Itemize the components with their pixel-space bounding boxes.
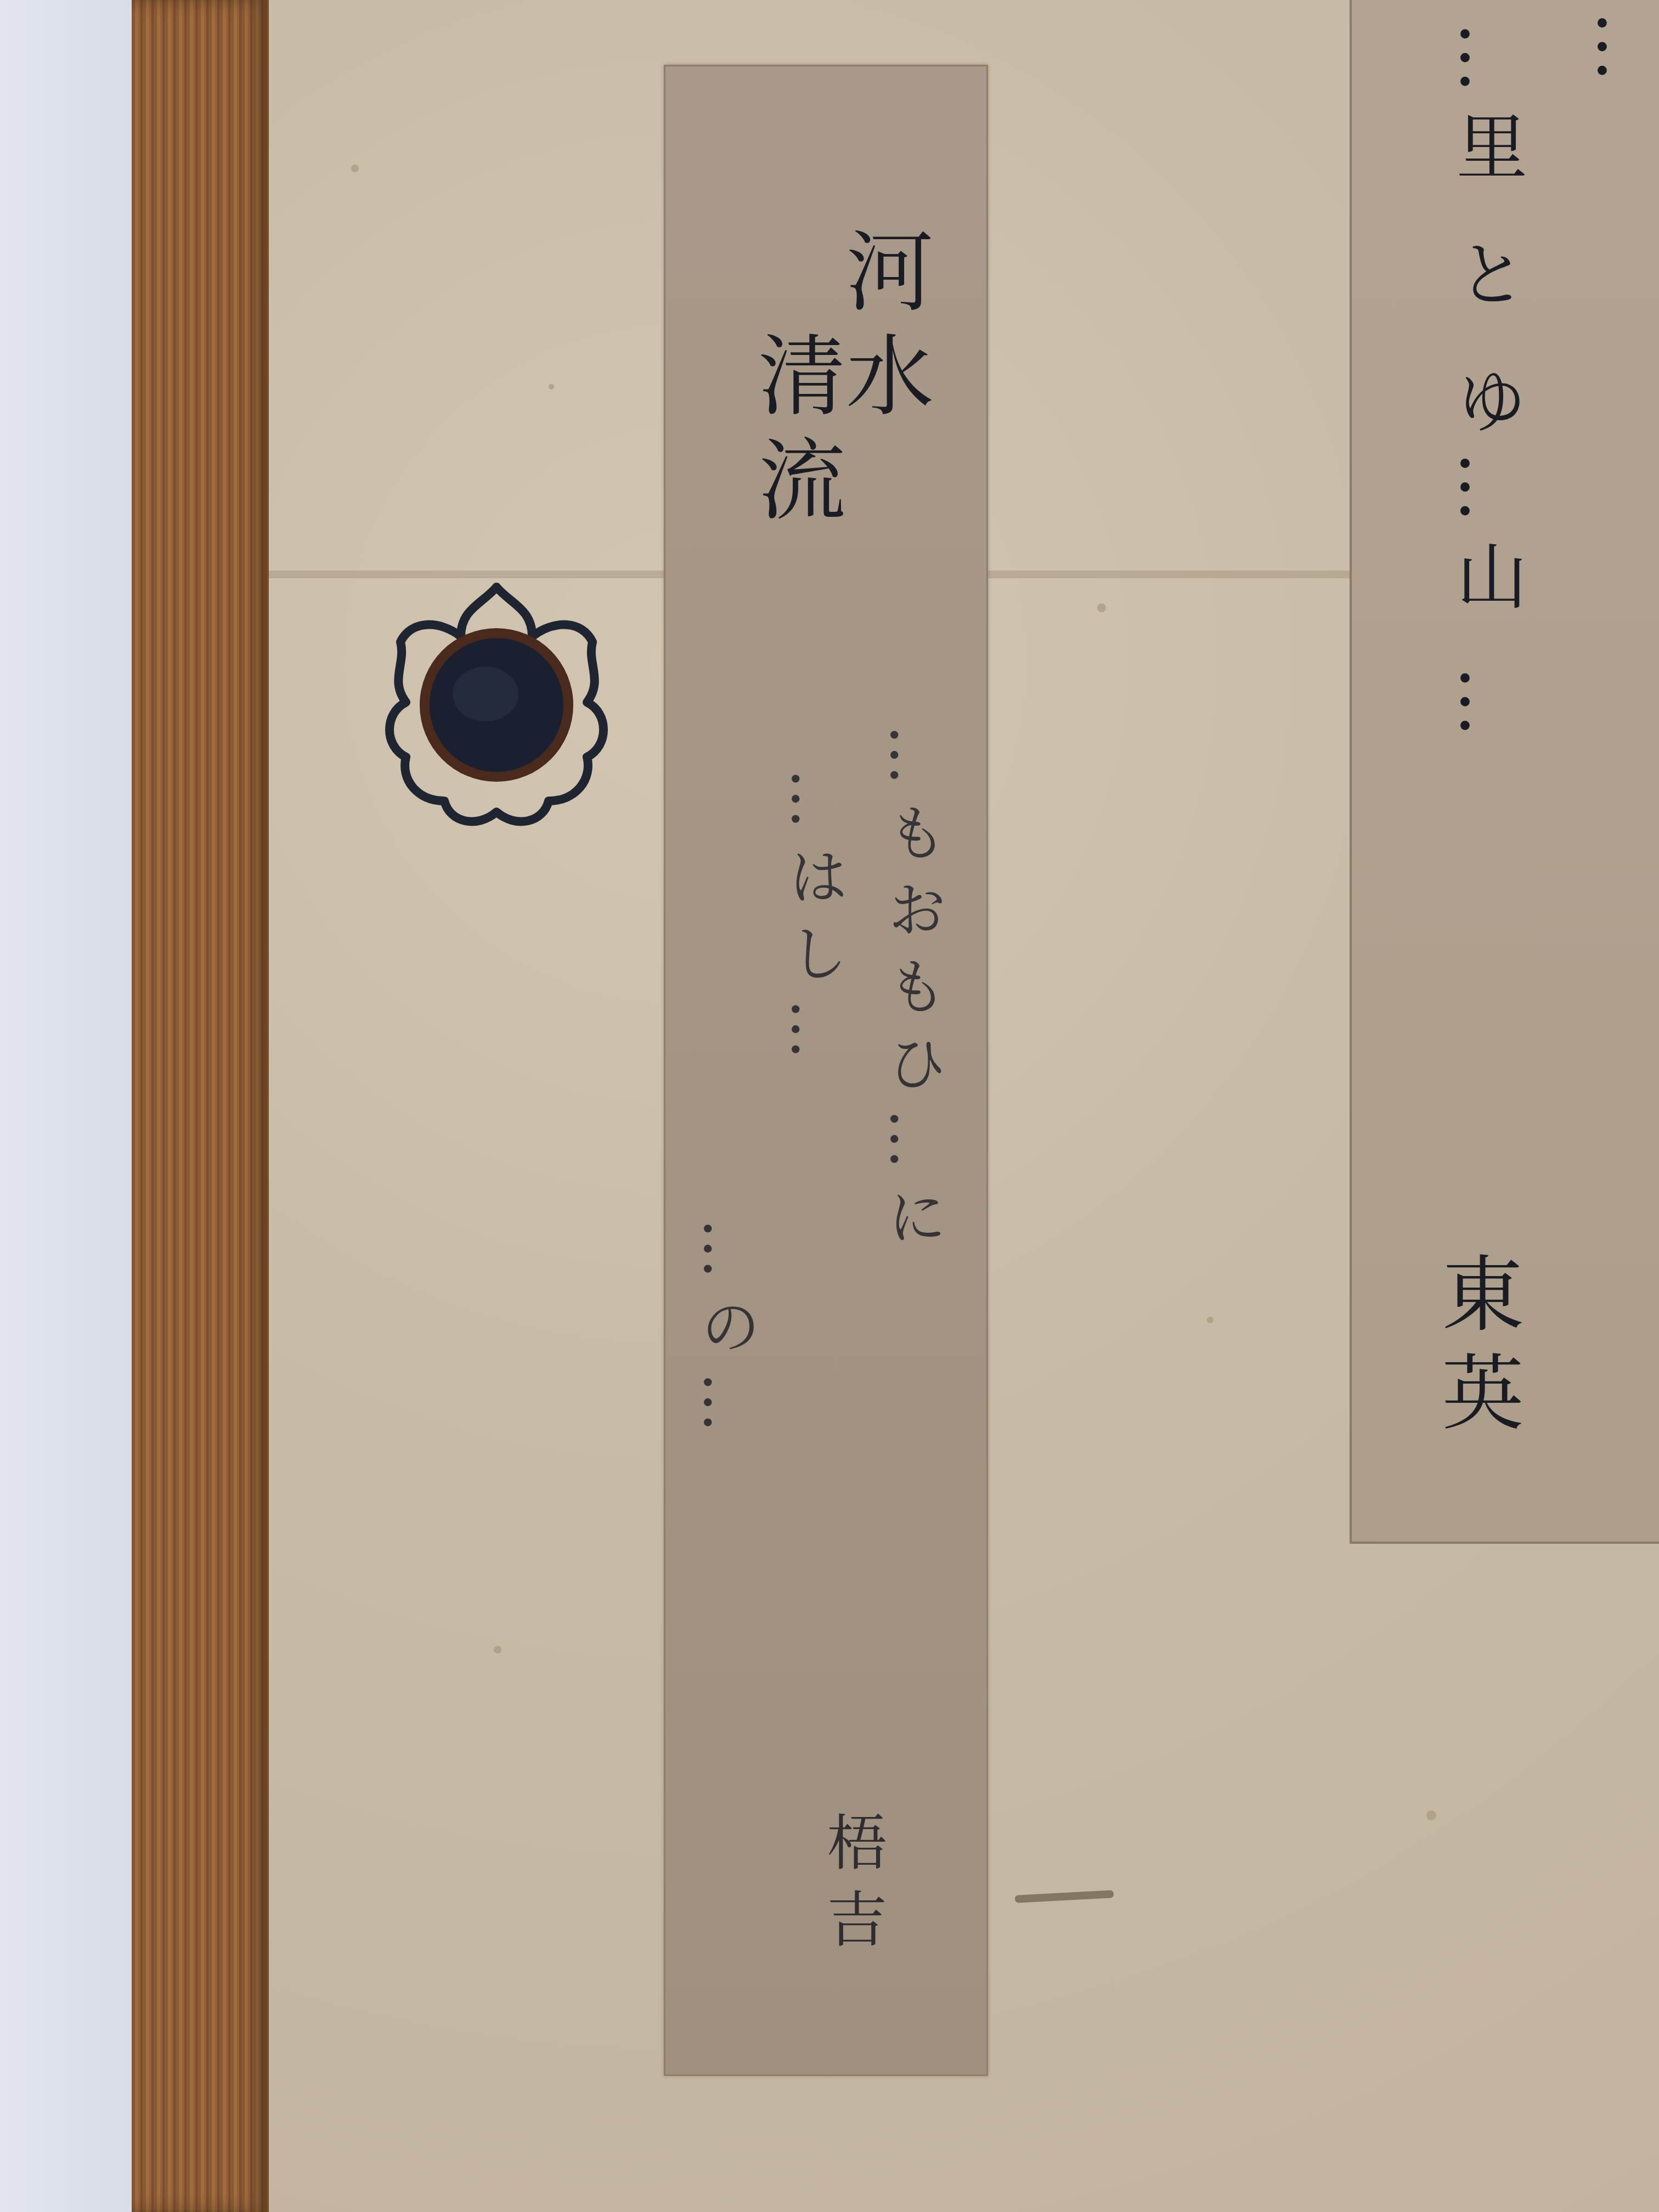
flower-handle-icon[interactable] (368, 571, 625, 834)
poem-col3: …の… (696, 1218, 756, 1449)
tanzaku-poem-strip: 河水 清流 …もおもひ…に …はし… …の… 梧吉 (664, 65, 988, 2076)
paper-speck (494, 1646, 501, 1654)
paper-speck (549, 384, 554, 390)
paper-speck (1207, 1317, 1214, 1323)
poem-col1: …もおもひ…に (882, 725, 943, 1262)
calligraphy-letter: …里 と ゆ…山 … … 東英 (1350, 0, 1659, 1544)
letter-col2: … (1588, 11, 1659, 99)
paper-speck (1426, 1810, 1436, 1820)
poem-signature: 梧吉 (822, 1811, 882, 1965)
letter-col1: …里 と ゆ…山 … (1451, 22, 1522, 754)
poem-col2: …はし… (783, 769, 844, 1076)
paper-speck (1097, 603, 1106, 612)
poem-title-col2: 清流 (751, 330, 838, 538)
poem-title-col1: 河水 (838, 225, 926, 434)
paper-speck (351, 165, 359, 172)
letter-signature: 東英 (1434, 1251, 1516, 1448)
wall (0, 0, 137, 2212)
wooden-door-frame (132, 0, 269, 2212)
